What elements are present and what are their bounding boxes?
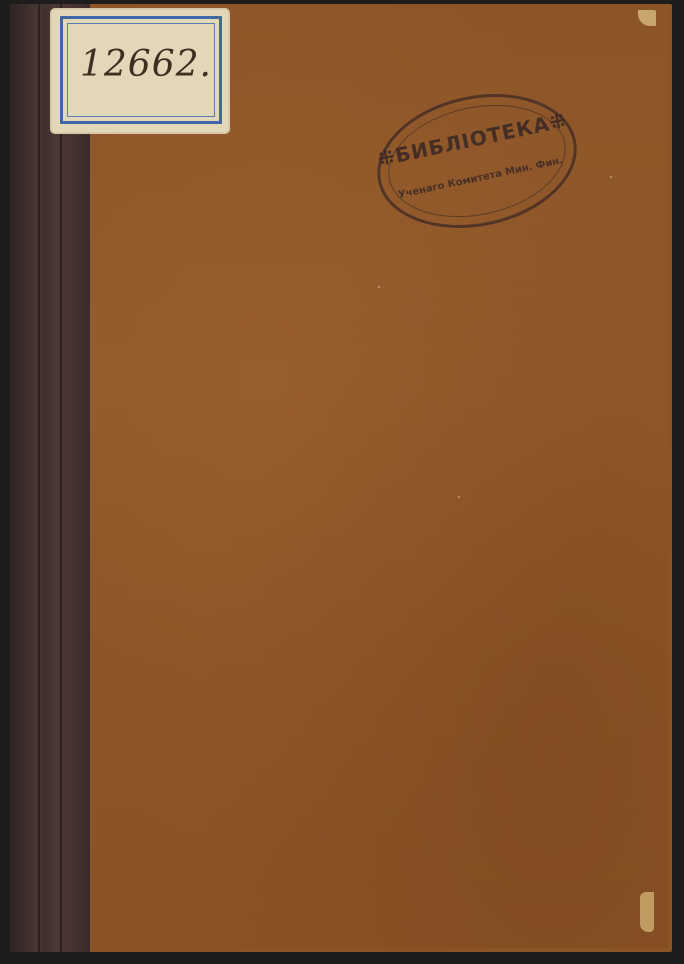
paper-fleck xyxy=(378,286,380,288)
catalog-number: 12662. xyxy=(80,44,220,85)
stamp-ornament-icon: ⁜ xyxy=(547,108,569,135)
book-spine xyxy=(10,4,90,952)
corner-wear-top xyxy=(638,10,656,26)
spine-groove xyxy=(38,4,40,952)
paper-fleck xyxy=(458,496,460,498)
catalog-label: 12662. xyxy=(52,10,228,132)
spine-groove xyxy=(60,4,62,952)
corner-wear-bottom xyxy=(640,892,654,932)
paper-fleck xyxy=(610,176,612,178)
